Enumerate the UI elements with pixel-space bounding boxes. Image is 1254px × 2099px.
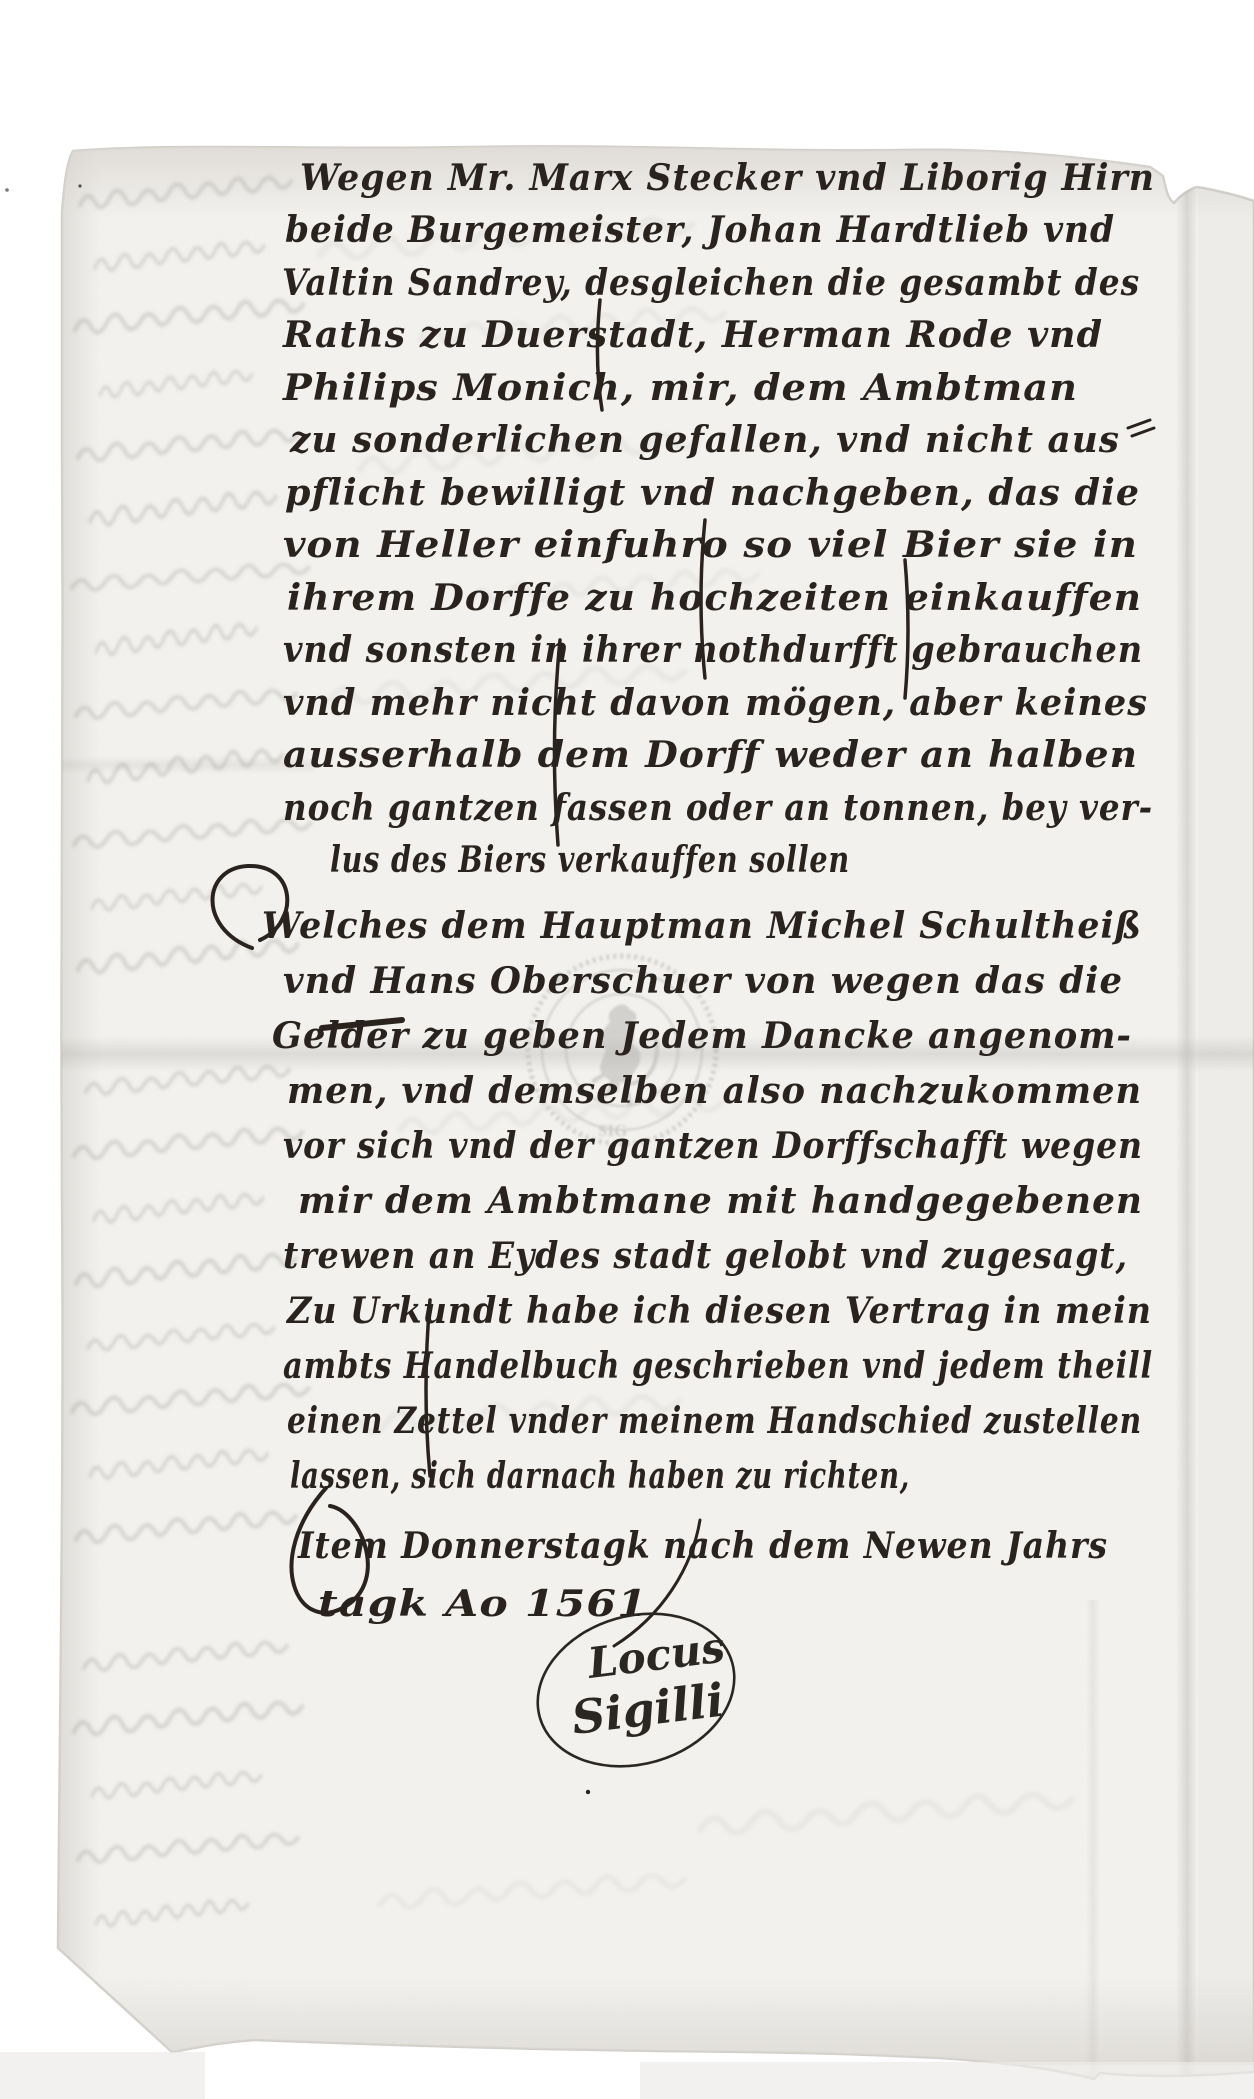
manuscript-line: Zu Urkundt habe ich diesen Vertrag in me…	[285, 1290, 1152, 1332]
manuscript-line: ihrem Dorffe zu hochzeiten einkauffen	[287, 577, 1142, 619]
manuscript-line: vnd mehr nicht davon mögen, aber keines	[283, 682, 1148, 724]
ink-speck	[1118, 758, 1122, 762]
scan-shadow-bottom-left	[0, 2052, 205, 2099]
manuscript-line: Wegen Mr. Marx Stecker vnd Liborig Hirn	[300, 157, 1155, 199]
scan-shadow-bottom-right	[640, 2062, 1254, 2099]
manuscript-line: Valtin Sandrey, desgleichen die gesambt …	[282, 262, 1140, 304]
manuscript-line: lassen, sich darnach haben zu richten,	[290, 1455, 910, 1497]
manuscript-line: noch gantzen fassen oder an tonnen, bey …	[283, 787, 1153, 829]
ink-speck	[78, 184, 81, 187]
manuscript-line: einen Zettel vnder meinem Handschied zus…	[287, 1400, 1142, 1442]
right-strip-tint	[1198, 187, 1254, 2099]
manuscript-line-date: tagk Ao 1561	[318, 1583, 648, 1625]
scanner-speck	[5, 188, 9, 192]
fold-crease-vertical	[1176, 170, 1198, 2099]
manuscript-line: zu sonderlichen gefallen, vnd nicht aus	[289, 419, 1120, 461]
manuscript-line: trewen an Eydes stadt gelobt vnd zugesag…	[283, 1235, 1128, 1277]
manuscript-line: Philips Monich, mir, dem Ambtman	[282, 367, 1078, 409]
ink-speck	[1227, 188, 1232, 193]
ink-speck	[1230, 158, 1236, 164]
manuscript-line: vnd sonsten in ihrer nothdurfft gebrauch…	[283, 629, 1143, 671]
manuscript-line: Raths zu Duerstadt, Herman Rode vnd	[282, 314, 1103, 356]
manuscript-line: vnd Hans Oberschuer von wegen das die	[283, 960, 1123, 1002]
manuscript-line: pflicht bewilligt vnd nachgeben, das die	[285, 472, 1140, 514]
manuscript-line: vor sich vnd der gantzen Dorffschafft we…	[283, 1125, 1143, 1167]
manuscript-line: lus des Biers verkauffen sollen	[330, 839, 850, 881]
manuscript-line: men, vnd demselben also nachzukommen	[287, 1070, 1142, 1112]
ink-speck	[930, 111, 936, 117]
ink-speck	[586, 1790, 590, 1794]
scan-background: S SIG ✕ ✕ Wegen Mr. Marx Stecker vnd Lib…	[0, 0, 1254, 2099]
manuscript-line: mir dem Ambtmane mit handgegebenen	[298, 1180, 1143, 1222]
manuscript-line: beide Burgemeister, Johan Hardtlieb vnd	[285, 209, 1115, 251]
manuscript-line: ambts Handelbuch geschrieben vnd jedem t…	[283, 1345, 1153, 1387]
manuscript-line: von Heller einfuhro so viel Bier sie in	[283, 524, 1138, 566]
fold-crease-vertical-lower	[1086, 1600, 1100, 2090]
manuscript-line: Welches dem Hauptman Michel Schultheiß	[262, 905, 1142, 947]
manuscript-line: Item Donnerstagk nach dem Newen Jahrs	[297, 1525, 1108, 1567]
manuscript-line: ausserhalb dem Dorff weder an halben	[283, 734, 1138, 776]
